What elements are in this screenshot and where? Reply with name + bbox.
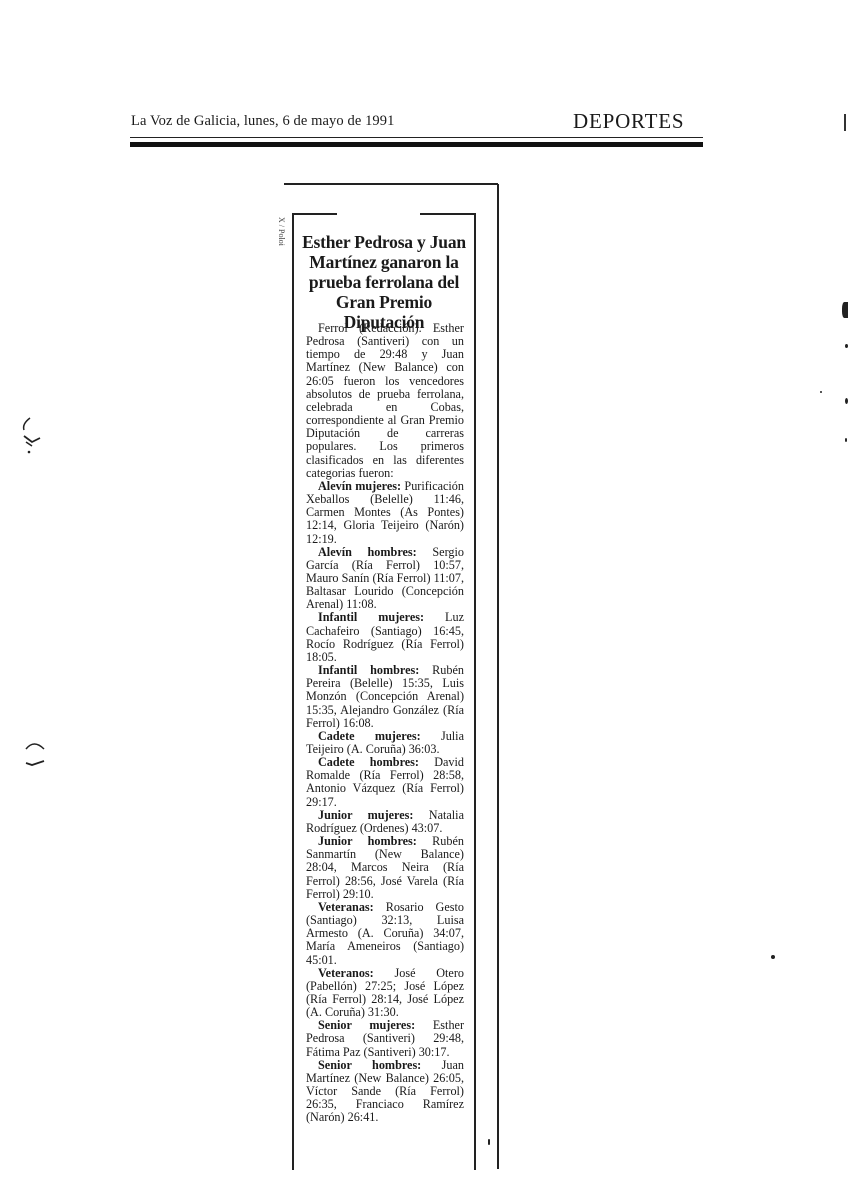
scan-artifact-dot — [845, 438, 847, 442]
scan-artifact-dot — [820, 391, 822, 393]
masthead-rule-thick — [130, 142, 703, 147]
result-category: Cadete mujeres: — [318, 729, 421, 743]
scan-artifact-dot — [771, 955, 775, 959]
result-category: Infantil hombres: — [318, 663, 419, 677]
result-item: Junior hombres: Rubén Sanmartín (New Bal… — [306, 835, 464, 901]
result-item: Infantil mujeres: Luz Cachafeiro (Santia… — [306, 611, 464, 664]
article-lead: Ferrol (Redacción). Esther Pedrosa (Sant… — [306, 322, 464, 480]
box-top-border-left — [292, 213, 337, 215]
result-item: Junior mujeres: Natalia Rodríguez (Orden… — [306, 809, 464, 835]
article-headline: Esther Pedrosa y Juan Martínez ganaron l… — [300, 232, 468, 332]
handwritten-side-note: X / Poloi — [277, 217, 286, 257]
result-category: Cadete hombres: — [318, 755, 419, 769]
result-category: Veteranos: — [318, 966, 374, 980]
scan-artifact-edge-mark — [842, 302, 848, 318]
result-item: Alevín mujeres: Purificación Xeballos (B… — [306, 480, 464, 546]
result-category: Senior mujeres: — [318, 1018, 415, 1032]
box-right-border — [474, 213, 476, 1170]
section-title: DEPORTES — [573, 109, 684, 134]
result-item: Senior hombres: Juan Martínez (New Balan… — [306, 1059, 464, 1125]
result-item: Veteranos: José Otero (Pabellón) 27:25; … — [306, 967, 464, 1020]
result-item: Cadete mujeres: Julia Teijeiro (A. Coruñ… — [306, 730, 464, 756]
frame-top-border — [284, 183, 498, 185]
article-body: Ferrol (Redacción). Esther Pedrosa (Sant… — [306, 322, 464, 1125]
result-category: Veteranas: — [318, 900, 374, 914]
result-category: Junior hombres: — [318, 834, 417, 848]
result-category: Infantil mujeres: — [318, 610, 424, 624]
result-item: Infantil hombres: Rubén Pereira (Belelle… — [306, 664, 464, 730]
result-item: Senior mujeres: Esther Pedrosa (Santiver… — [306, 1019, 464, 1058]
box-top-border-right — [420, 213, 475, 215]
publication-date-line: La Voz de Galicia, lunes, 6 de mayo de 1… — [131, 113, 395, 130]
result-category: Alevín hombres: — [318, 545, 417, 559]
result-item: Cadete hombres: David Romalde (Ría Ferro… — [306, 756, 464, 809]
scan-artifact-hole-punch-bottom — [22, 735, 52, 775]
frame-right-border — [497, 184, 499, 1169]
result-item: Veteranas: Rosario Gesto (Santiago) 32:1… — [306, 901, 464, 967]
result-category: Junior mujeres: — [318, 808, 413, 822]
result-category: Senior hombres: — [318, 1058, 421, 1072]
page-edge-mark — [844, 114, 846, 131]
result-item: Alevín hombres: Sergio García (Ría Ferro… — [306, 546, 464, 612]
box-left-border — [292, 213, 294, 1170]
masthead-rule-thin — [130, 137, 703, 138]
scan-artifact-hole-punch-top — [18, 412, 48, 462]
scan-artifact-dot — [488, 1139, 490, 1145]
result-category: Alevín mujeres: — [318, 479, 401, 493]
